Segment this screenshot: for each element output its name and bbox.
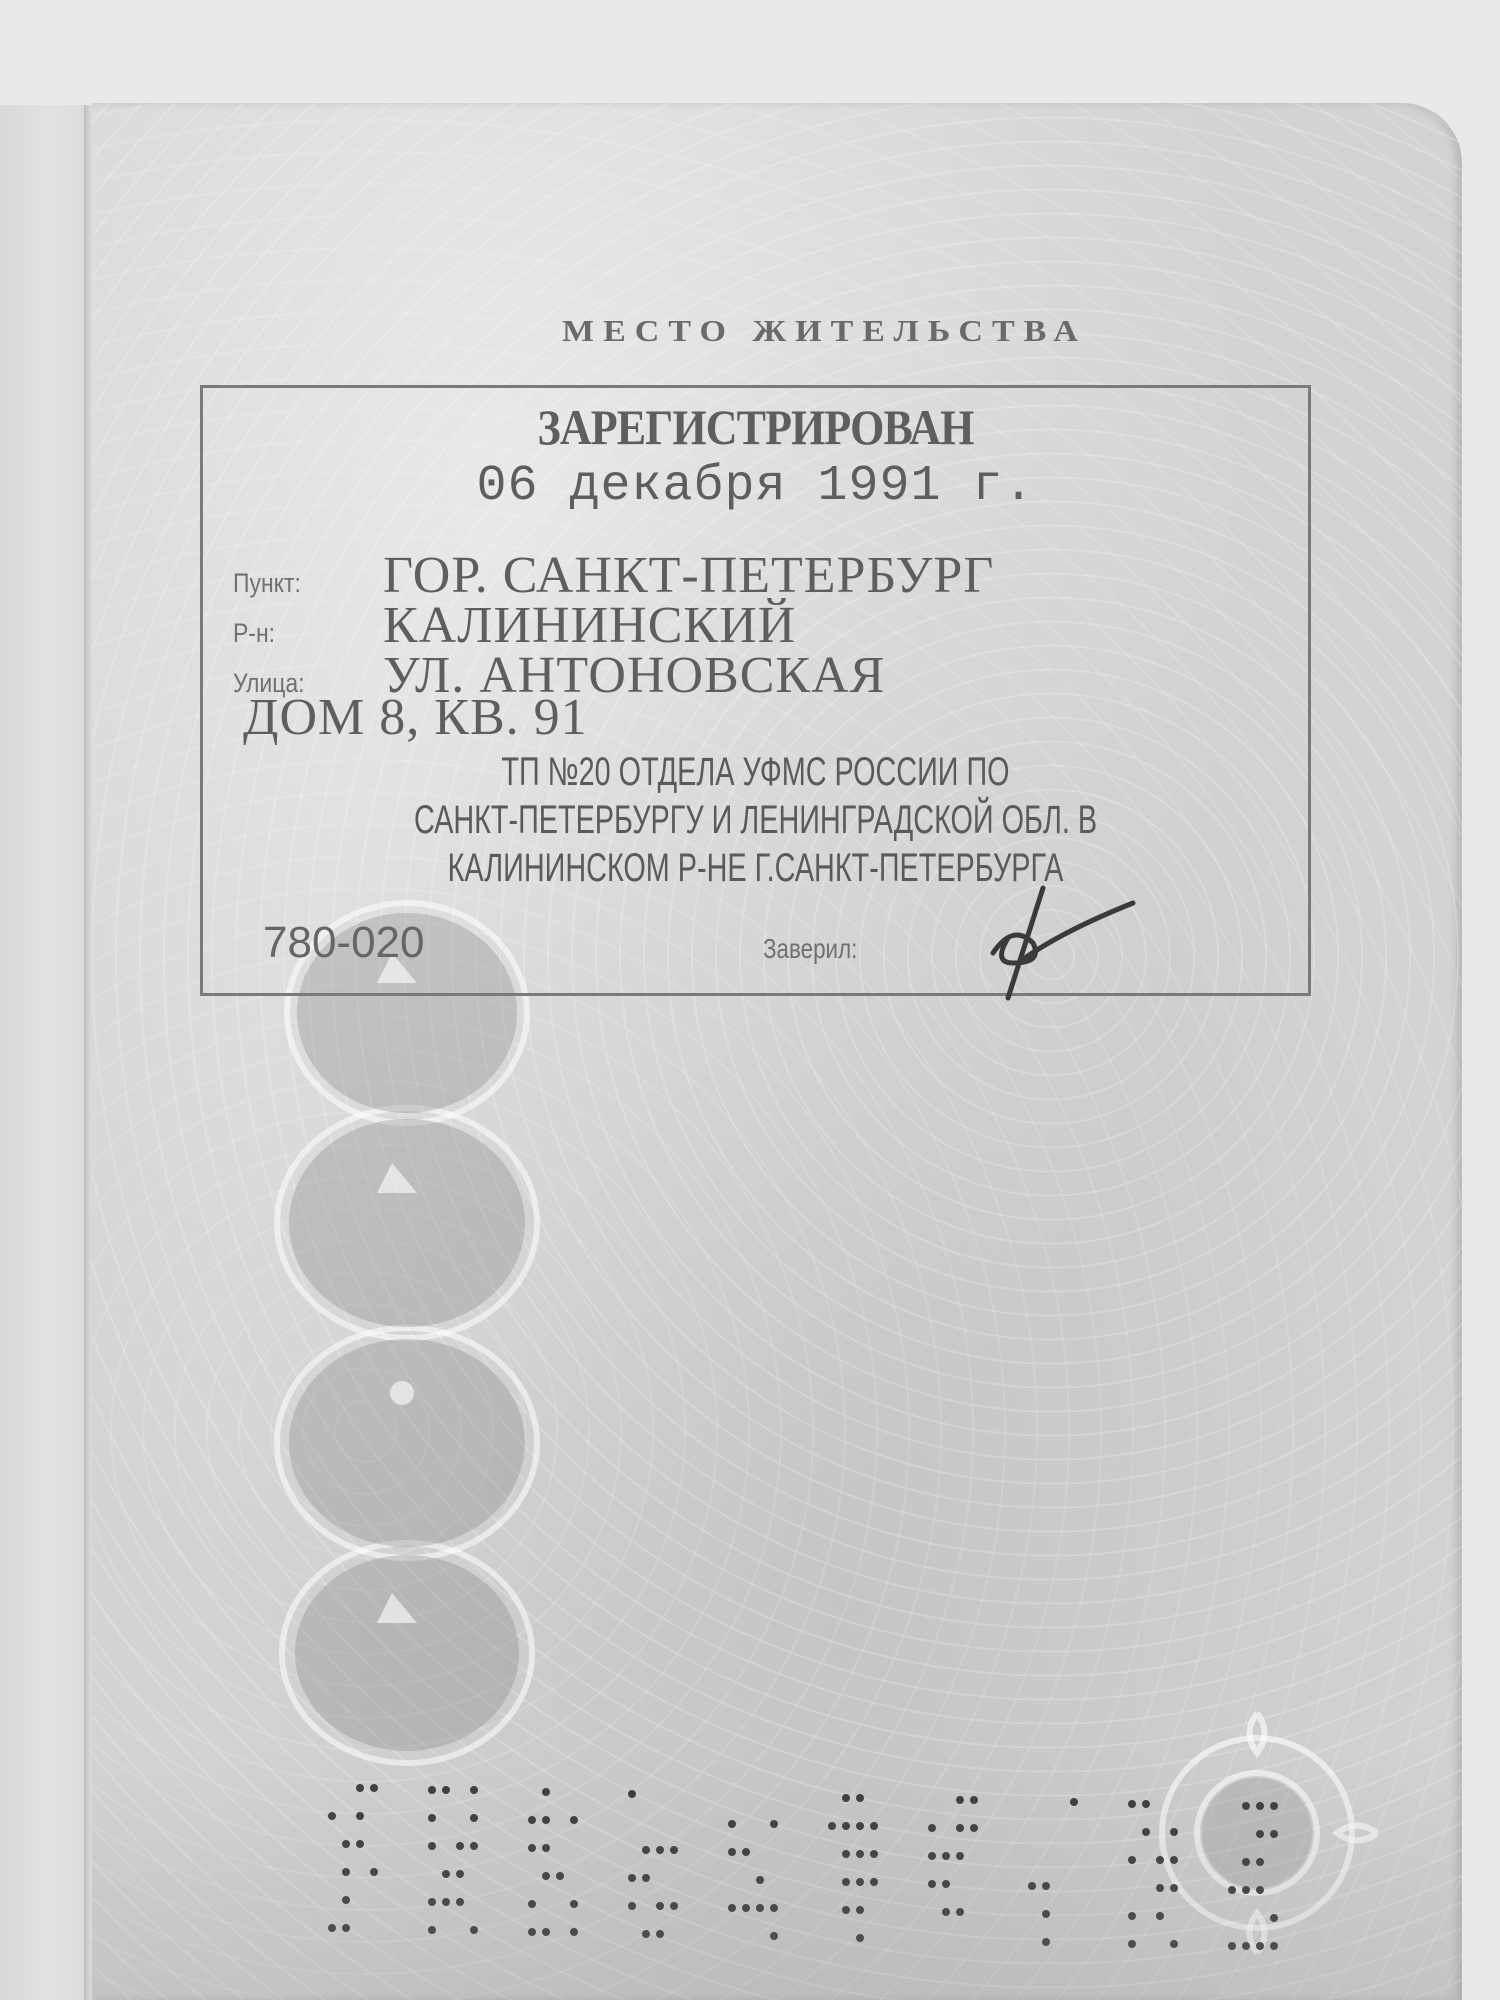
previous-page-edge (0, 105, 84, 2000)
ornament-band-icon (242, 893, 572, 1843)
passport-page: МЕСТО ЖИТЕЛЬСТВА ЗАРЕГИСТРИРОВАН 06 дека… (92, 103, 1462, 2000)
registration-status: ЗАРЕГИСТРИРОВАН (269, 398, 1241, 456)
certified-label: Заверил: (763, 933, 857, 965)
address-value: ДОМ 8, КВ. 91 (243, 688, 588, 747)
address-row-building: ДОМ 8, КВ. 91 (243, 688, 588, 747)
signature-icon (973, 883, 1143, 1003)
address-label: Р-н: (233, 618, 361, 649)
registration-date: 06 декабря 1991 г. (203, 458, 1308, 515)
issuing-authority: ТП №20 ОТДЕЛА УФМС РОССИИ ПО САНКТ-ПЕТЕР… (358, 748, 1154, 892)
authority-line: ТП №20 ОТДЕЛА УФМС РОССИИ ПО (358, 748, 1154, 796)
section-title: МЕСТО ЖИТЕЛЬСТВА (562, 315, 1087, 349)
address-label: Пункт: (233, 568, 361, 599)
authority-line: САНКТ-ПЕТЕРБУРГУ И ЛЕНИНГРАДСКОЙ ОБЛ. В (358, 796, 1154, 844)
department-code: 780-020 (263, 918, 424, 968)
registration-stamp: ЗАРЕГИСТРИРОВАН 06 декабря 1991 г. Пункт… (200, 385, 1311, 996)
page-shadow (92, 1750, 1462, 2000)
